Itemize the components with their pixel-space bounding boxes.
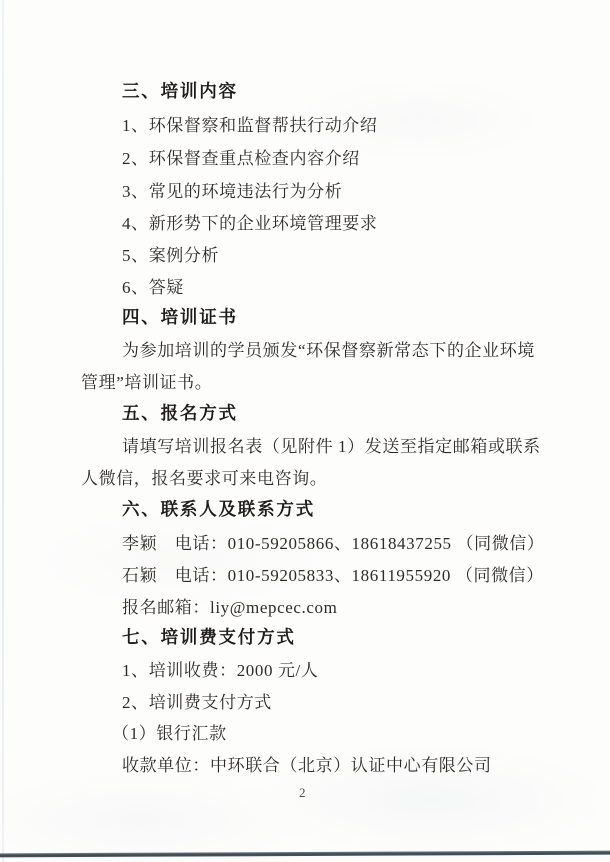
payment-payee-line: 收款单位：中环联合（北京）认证中心有限公司 (122, 757, 492, 774)
page-left-edge-shadow (2, 0, 4, 862)
section-heading-payment-method: 七、培训费支付方式 (122, 630, 296, 648)
list-item-1: 1、环保督察和监督帮扶行动介绍 (122, 117, 378, 134)
list-item-5: 5、案例分析 (122, 247, 219, 264)
list-item-4: 4、新形势下的企业环境管理要求 (122, 215, 378, 232)
section-heading-training-content: 三、培训内容 (122, 84, 238, 102)
registration-paragraph-line-2: 人微信，报名要求可来电咨询。 (81, 470, 327, 487)
certificate-paragraph-line-1: 为参加培训的学员颁发“环保督察新常态下的企业环境 (122, 342, 535, 359)
section-heading-contacts: 六、联系人及联系方式 (122, 502, 315, 520)
payment-method-line: 2、培训费支付方式 (122, 694, 272, 711)
section-heading-registration-method: 五、报名方式 (122, 406, 238, 424)
certificate-paragraph-line-2: 管理”培训证书。 (81, 374, 212, 391)
page-number: 2 (299, 785, 306, 801)
contact-line-shiying: 石颖 电话：010-59205833、18611955920 （同微信） (122, 567, 544, 584)
list-item-2: 2、环保督查重点检查内容介绍 (122, 150, 360, 167)
contact-line-email: 报名邮箱：liy@mepcec.com (122, 599, 337, 616)
payment-fee-line: 1、培训收费：2000 元/人 (122, 662, 318, 679)
page-bottom-edge-shadow (0, 851, 610, 858)
list-item-3: 3、常见的环境违法行为分析 (122, 183, 342, 200)
registration-paragraph-line-1: 请填写培训报名表（见附件 1）发送至指定邮箱或联系 (122, 438, 541, 455)
scanned-document-page: 三、培训内容 1、环保督察和监督帮扶行动介绍 2、环保督查重点检查内容介绍 3、… (0, 0, 610, 862)
section-heading-training-certificate: 四、培训证书 (122, 310, 238, 328)
list-item-6: 6、答疑 (122, 279, 184, 296)
contact-line-liying: 李颖 电话：010-59205866、18618437255 （同微信） (122, 535, 545, 552)
payment-bank-transfer-line: （1）银行汇款 (112, 725, 227, 742)
